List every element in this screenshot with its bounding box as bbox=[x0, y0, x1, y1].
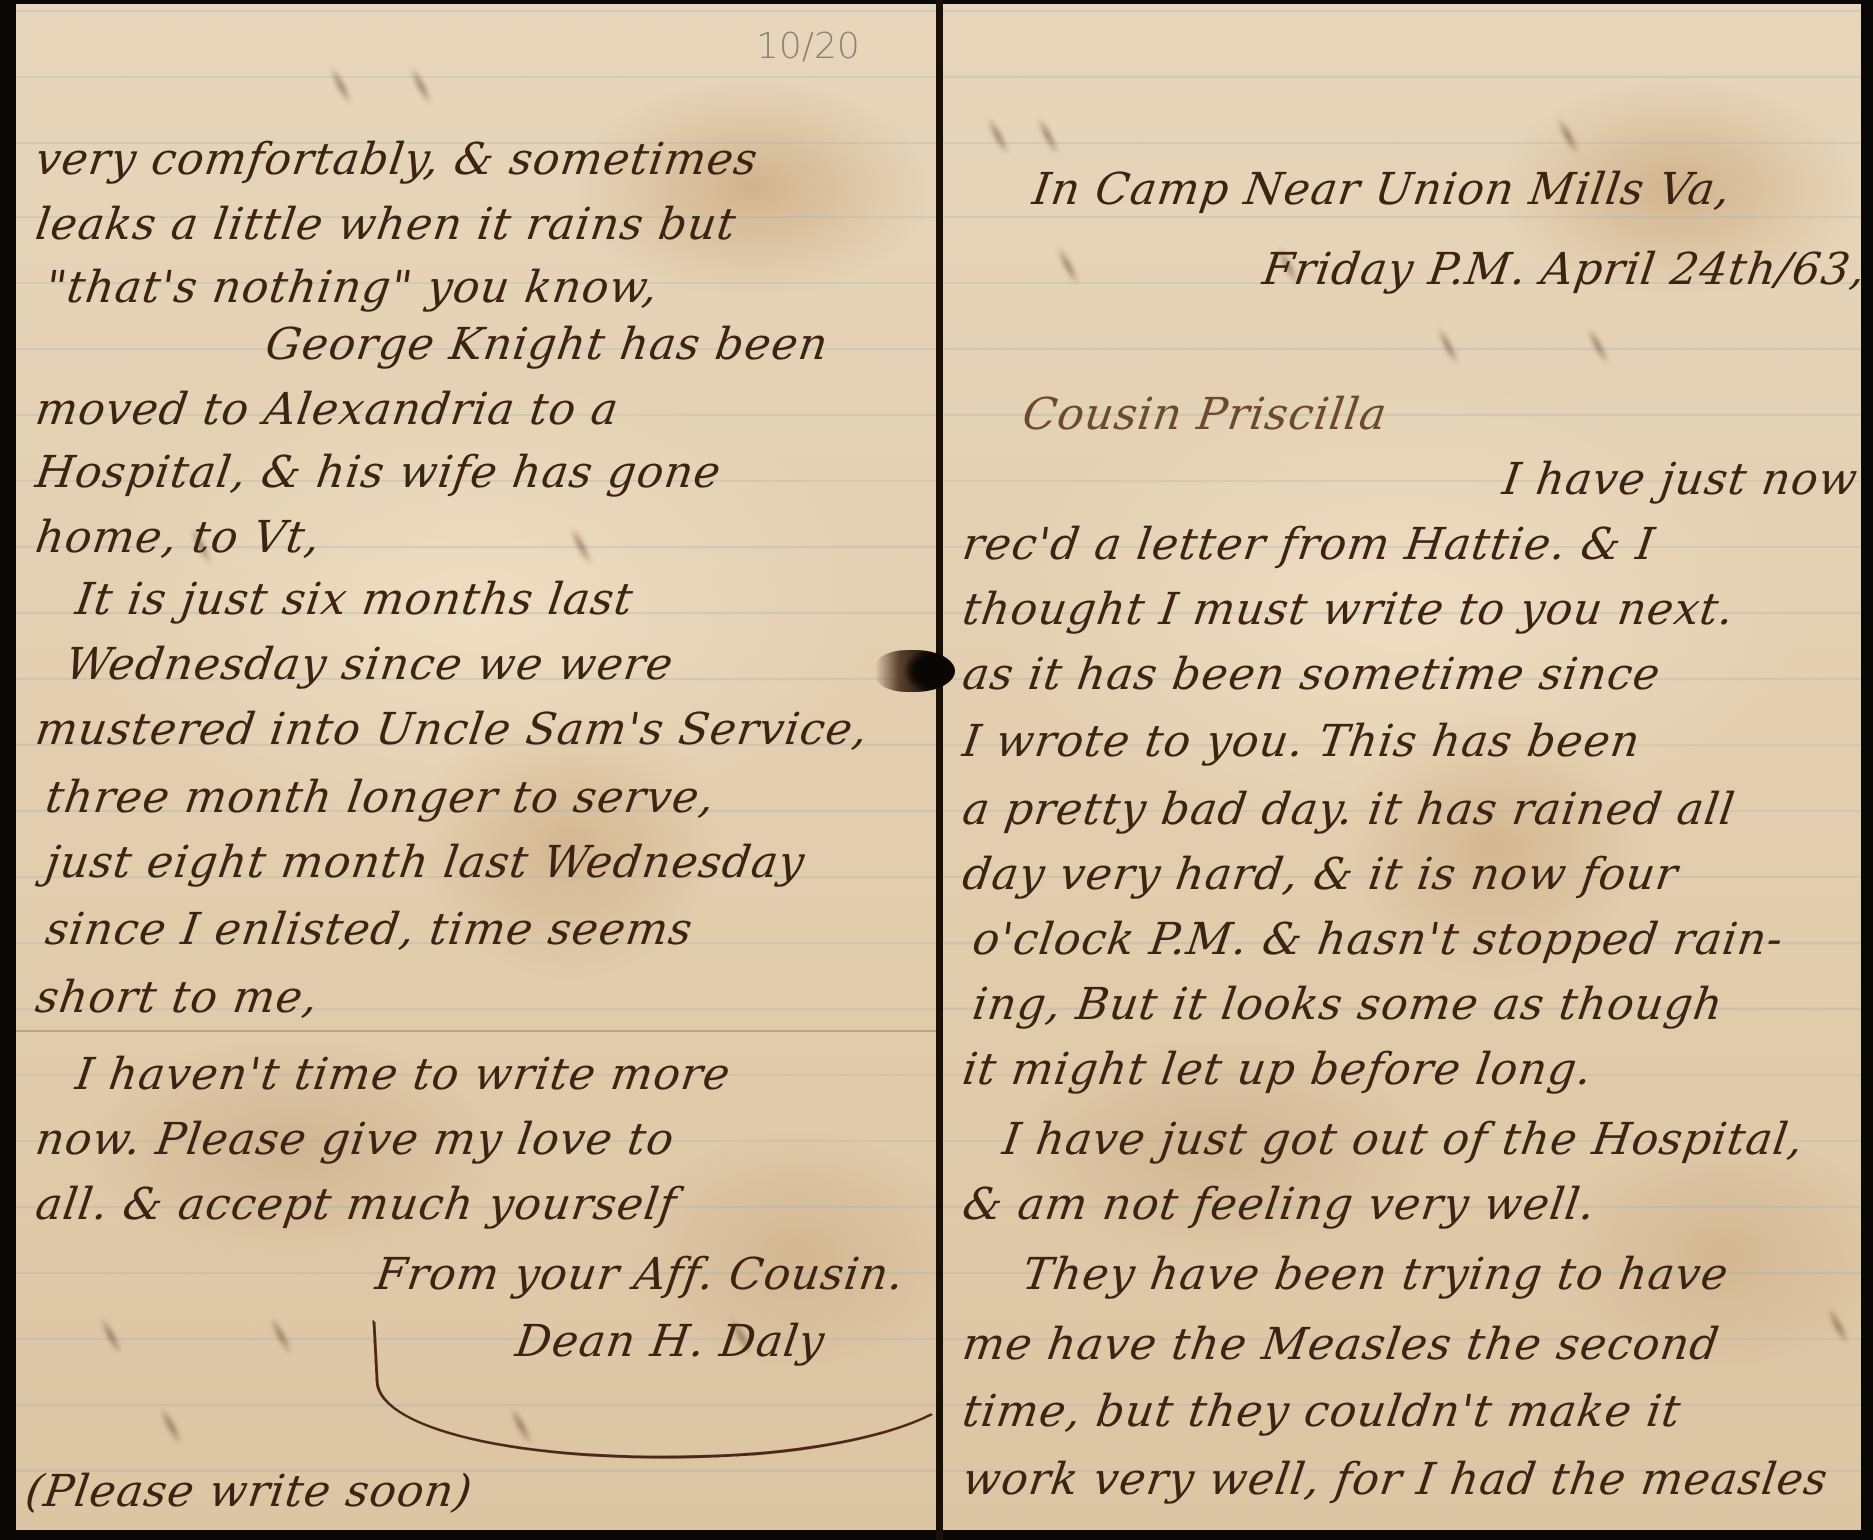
letter-line: It is just six months last bbox=[72, 574, 636, 625]
ink-bleed bbox=[1823, 1304, 1852, 1348]
letter-closing: From your Aff. Cousin. bbox=[372, 1249, 907, 1300]
ink-bleed bbox=[1433, 324, 1462, 368]
ink-bleed bbox=[156, 1404, 185, 1448]
letter-line: now. Please give my love to bbox=[32, 1114, 677, 1165]
salutation: Cousin Priscilla bbox=[1019, 389, 1390, 440]
ink-bleed bbox=[983, 114, 1012, 158]
letter-line: me have the Measles the second bbox=[959, 1319, 1722, 1370]
ink-bleed bbox=[1053, 244, 1082, 288]
letter-line: moved to Alexandria to a bbox=[32, 384, 622, 435]
pencil-notation: 10/20 bbox=[756, 26, 860, 67]
ink-bleed bbox=[1033, 114, 1062, 158]
letter-line: time, but they couldn't make it bbox=[959, 1386, 1684, 1437]
letter-line: I have just got out of the Hospital, bbox=[999, 1114, 1806, 1165]
heading-place: In Camp Near Union Mills Va, bbox=[1029, 164, 1734, 215]
letter-right-page: In Camp Near Union Mills Va, Friday P.M.… bbox=[943, 4, 1861, 1530]
letter-line: short to me, bbox=[32, 972, 321, 1023]
letter-line: I wrote to you. This has been bbox=[959, 716, 1643, 767]
letter-line: They have been trying to have bbox=[1019, 1249, 1732, 1300]
page-divider bbox=[936, 0, 943, 1540]
ink-bleed bbox=[406, 64, 435, 108]
letter-line: George Knight has been bbox=[262, 319, 831, 370]
letter-line: "that's nothing" you know, bbox=[42, 262, 661, 313]
ink-bleed bbox=[326, 64, 355, 108]
torn-hole bbox=[875, 650, 955, 692]
letter-line: work very well, for I had the measles bbox=[959, 1454, 1831, 1505]
letter-line: day very hard, & it is now four bbox=[959, 849, 1681, 900]
letter-line: it might let up before long. bbox=[959, 1044, 1595, 1095]
letter-line: very comfortably, & sometimes bbox=[32, 134, 761, 185]
heading-date: Friday P.M. April 24th/63, bbox=[1259, 244, 1861, 295]
ink-bleed bbox=[1583, 324, 1612, 368]
postscript: (Please write soon) bbox=[22, 1466, 475, 1517]
letter-line: I have just now bbox=[1499, 454, 1861, 505]
letter-left-page: 10/20 very comfortably, & sometimes leak… bbox=[16, 4, 936, 1530]
letter-line: a pretty bad day. it has rained all bbox=[959, 784, 1738, 835]
letter-line: mustered into Uncle Sam's Service, bbox=[32, 704, 871, 755]
letter-line: rec'd a letter from Hattie. & I bbox=[959, 519, 1658, 570]
letter-line: ing, But it looks some as though bbox=[969, 979, 1726, 1030]
horizontal-fold bbox=[16, 1030, 936, 1032]
letter-line: & am not feeling very well. bbox=[959, 1179, 1598, 1230]
letter-line: since I enlisted, time seems bbox=[42, 904, 696, 955]
ruled-lines bbox=[943, 4, 1861, 1530]
letter-line: leaks a little when it rains but bbox=[32, 199, 739, 250]
letter-line: Hospital, & his wife has gone bbox=[32, 447, 724, 498]
letter-line: Wednesday since we were bbox=[62, 639, 676, 690]
signature-flourish bbox=[372, 1289, 936, 1475]
ink-bleed bbox=[1553, 114, 1582, 158]
letter-line: o'clock P.M. & hasn't stopped rain- bbox=[969, 914, 1786, 965]
letter-line: thought I must write to you next. bbox=[959, 584, 1737, 635]
ink-bleed bbox=[566, 524, 595, 568]
letter-line: three month longer to serve, bbox=[42, 772, 718, 823]
letter-line: home, to Vt, bbox=[32, 512, 323, 563]
ink-bleed bbox=[96, 1314, 125, 1358]
letter-line: just eight month last Wednesday bbox=[42, 837, 808, 888]
letter-line: all. & accept much yourself bbox=[32, 1179, 680, 1230]
letter-line: as it has been sometime since bbox=[959, 649, 1663, 700]
ink-bleed bbox=[266, 1314, 295, 1358]
letter-line: I haven't time to write more bbox=[72, 1049, 734, 1100]
